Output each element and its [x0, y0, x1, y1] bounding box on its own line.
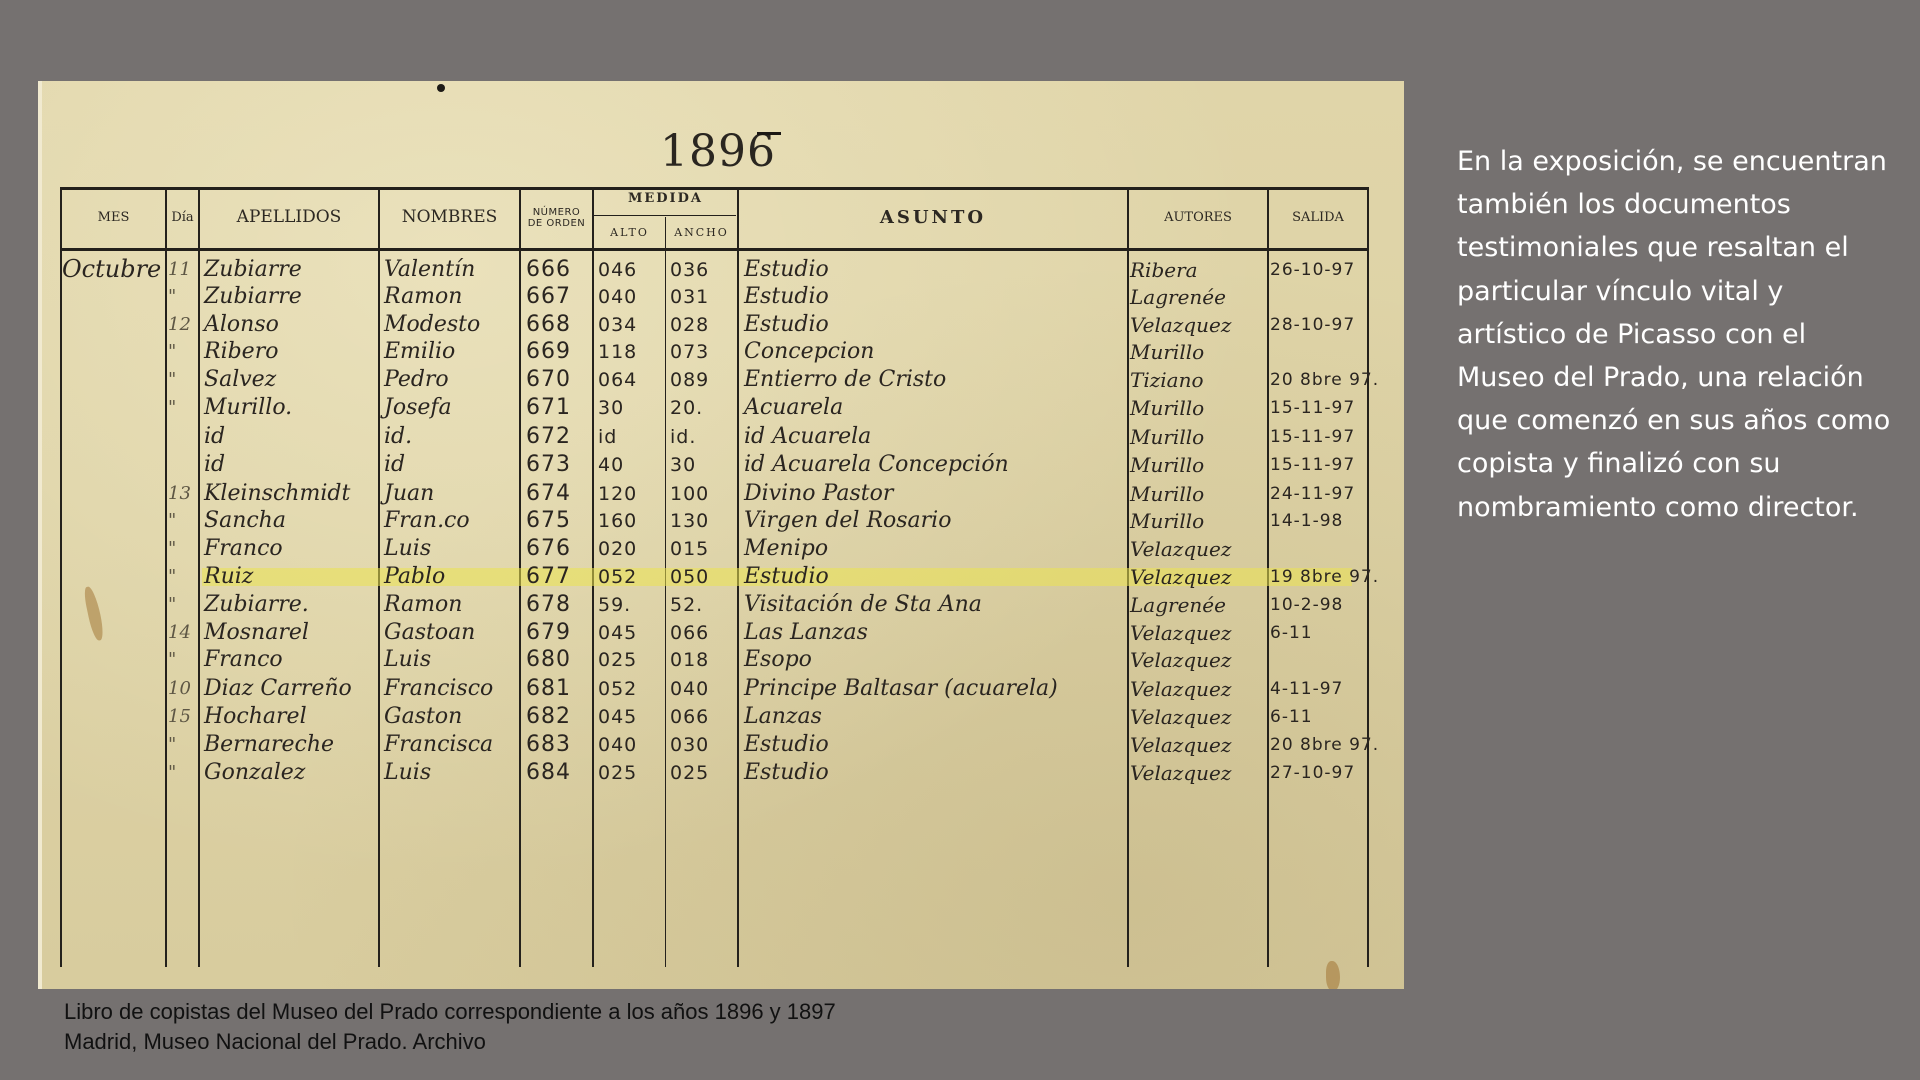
cell-numero: 683: [526, 730, 590, 760]
cell-asunto: Las Lanzas: [744, 618, 1124, 648]
cell-ancho: 015: [670, 534, 736, 564]
cell-alto: 025: [598, 645, 664, 675]
cell-nombres: Josefa: [384, 393, 518, 423]
cell-nombres: Luis: [384, 645, 518, 675]
cell-ancho: 100: [670, 479, 736, 509]
cell-ancho: 20.: [670, 393, 736, 423]
cell-dia: ": [168, 506, 198, 536]
cell-salida: 10-2-98: [1270, 590, 1370, 620]
cell-asunto: Visitación de Sta Ana: [744, 590, 1124, 620]
cell-dia: ": [168, 337, 198, 367]
cell-alto: 052: [598, 562, 664, 592]
cell-salida: [1270, 282, 1370, 312]
cell-nombres: id: [384, 450, 518, 480]
cell-salida: 27-10-97: [1270, 758, 1370, 788]
cell-ancho: 040: [670, 674, 736, 704]
image-caption: Libro de copistas del Museo del Prado co…: [64, 997, 836, 1057]
header-autores: AUTORES: [1129, 187, 1267, 249]
ledger-scan-image: 1896 MES Día APELLIDOS NOMBRES NÚMERO DE…: [38, 81, 1404, 989]
cell-nombres: Ramon: [384, 282, 518, 312]
exhibition-description: En la exposición, se encuentran también …: [1457, 140, 1897, 529]
header-salida: SALIDA: [1269, 187, 1367, 249]
cell-autores: Murillo: [1130, 450, 1266, 480]
cell-autores: Tiziano: [1130, 365, 1266, 395]
cell-dia: ": [168, 590, 198, 620]
cell-nombres: Modesto: [384, 310, 518, 340]
cell-alto: 034: [598, 310, 664, 340]
cell-nombres: Emilio: [384, 337, 518, 367]
cell-dia: ": [168, 562, 198, 592]
cell-nombres: Luis: [384, 758, 518, 788]
cell-dia: ": [168, 730, 198, 760]
cell-salida: 24-11-97: [1270, 479, 1370, 509]
cell-apellidos: Alonso: [204, 310, 376, 340]
cell-ancho: 050: [670, 562, 736, 592]
cell-asunto: Entierro de Cristo: [744, 365, 1124, 395]
cell-numero: 682: [526, 702, 590, 732]
cell-dia: ": [168, 393, 198, 423]
cell-numero: 681: [526, 674, 590, 704]
cell-autores: Velazquez: [1130, 618, 1266, 648]
cell-salida: 20 8bre 97.: [1270, 730, 1370, 760]
table-row: idid6734030id Acuarela ConcepciónMurillo…: [60, 450, 1369, 480]
cell-salida: [1270, 645, 1370, 675]
cell-apellidos: Mosnarel: [204, 618, 376, 648]
cell-autores: Murillo: [1130, 479, 1266, 509]
cell-alto: 118: [598, 337, 664, 367]
header-numero-de-orden: NÚMERO DE ORDEN: [521, 187, 592, 249]
cell-nombres: Francisca: [384, 730, 518, 760]
cell-dia: 13: [168, 479, 198, 509]
cell-autores: Velazquez: [1130, 562, 1266, 592]
cell-apellidos: Diaz Carreño: [204, 674, 376, 704]
caption-line-1: Libro de copistas del Museo del Prado co…: [64, 997, 836, 1027]
cell-numero: 673: [526, 450, 590, 480]
year-correction-mark: [757, 132, 781, 135]
cell-apellidos: id: [204, 422, 376, 452]
cell-nombres: Pedro: [384, 365, 518, 395]
cell-asunto: Estudio: [744, 310, 1124, 340]
cell-autores: Velazquez: [1130, 310, 1266, 340]
table-row: 13KleinschmidtJuan674120100Divino Pastor…: [60, 479, 1369, 509]
cell-salida: 20 8bre 97.: [1270, 365, 1370, 395]
table-row: "Murillo.Josefa6713020.AcuarelaMurillo15…: [60, 393, 1369, 423]
cell-apellidos: Kleinschmidt: [204, 479, 376, 509]
cell-autores: Velazquez: [1130, 730, 1266, 760]
cell-autores: Velazquez: [1130, 534, 1266, 564]
cell-numero: 684: [526, 758, 590, 788]
ledger-table: MES Día APELLIDOS NOMBRES NÚMERO DE ORDE…: [60, 187, 1369, 967]
cell-nombres: Juan: [384, 479, 518, 509]
cell-ancho: 031: [670, 282, 736, 312]
cell-asunto: Divino Pastor: [744, 479, 1124, 509]
cell-alto: 040: [598, 282, 664, 312]
cell-apellidos: Murillo.: [204, 393, 376, 423]
table-row: "RiberoEmilio669118073ConcepcionMurillo: [60, 337, 1369, 367]
cell-alto: 30: [598, 393, 664, 423]
cell-apellidos: Salvez: [204, 365, 376, 395]
cell-salida: [1270, 337, 1370, 367]
cell-autores: Ribera: [1130, 255, 1266, 285]
table-row: 14MosnarelGastoan679045066Las LanzasVela…: [60, 618, 1369, 648]
cell-apellidos: Sancha: [204, 506, 376, 536]
cell-salida: 26-10-97: [1270, 255, 1370, 285]
header-asunto: ASUNTO: [739, 187, 1127, 249]
cell-nombres: id.: [384, 422, 518, 452]
cell-numero: 666: [526, 255, 590, 285]
cell-asunto: Estudio: [744, 758, 1124, 788]
cell-salida: 15-11-97: [1270, 450, 1370, 480]
cell-numero: 676: [526, 534, 590, 564]
cell-asunto: Estudio: [744, 282, 1124, 312]
cell-dia: ": [168, 534, 198, 564]
cell-dia: [168, 450, 198, 480]
cell-dia: 15: [168, 702, 198, 732]
cell-alto: 064: [598, 365, 664, 395]
cell-numero: 678: [526, 590, 590, 620]
cell-asunto: Concepcion: [744, 337, 1124, 367]
cell-alto: 046: [598, 255, 664, 285]
cell-numero: 668: [526, 310, 590, 340]
cell-apellidos: Ribero: [204, 337, 376, 367]
cell-ancho: 066: [670, 702, 736, 732]
cell-dia: ": [168, 365, 198, 395]
cell-nombres: Valentín: [384, 255, 518, 285]
ink-speck: [437, 84, 445, 92]
cell-numero: 672: [526, 422, 590, 452]
cell-apellidos: Zubiarre.: [204, 590, 376, 620]
cell-apellidos: Gonzalez: [204, 758, 376, 788]
cell-alto: 40: [598, 450, 664, 480]
cell-salida: 14-1-98: [1270, 506, 1370, 536]
cell-numero: 671: [526, 393, 590, 423]
cell-alto: 045: [598, 618, 664, 648]
cell-alto: 040: [598, 730, 664, 760]
header-nombres: NOMBRES: [380, 187, 519, 249]
cell-numero: 667: [526, 282, 590, 312]
cell-salida: 15-11-97: [1270, 422, 1370, 452]
cell-numero: 670: [526, 365, 590, 395]
cell-apellidos: Hocharel: [204, 702, 376, 732]
cell-dia: ": [168, 282, 198, 312]
cell-asunto: Estudio: [744, 562, 1124, 592]
cell-apellidos: Zubiarre: [204, 282, 376, 312]
cell-nombres: Luis: [384, 534, 518, 564]
table-row-highlighted: "RuizPablo677052050EstudioVelazquez19 8b…: [60, 562, 1369, 592]
cell-asunto: Lanzas: [744, 702, 1124, 732]
cell-asunto: Esopo: [744, 645, 1124, 675]
cell-apellidos: Bernareche: [204, 730, 376, 760]
cell-ancho: 018: [670, 645, 736, 675]
table-row: 12AlonsoModesto668034028EstudioVelazquez…: [60, 310, 1369, 340]
table-row: "FrancoLuis680025018EsopoVelazquez: [60, 645, 1369, 675]
cell-salida: 6-11: [1270, 702, 1370, 732]
cell-ancho: 030: [670, 730, 736, 760]
table-row: "SalvezPedro670064089Entierro de CristoT…: [60, 365, 1369, 395]
cell-salida: 6-11: [1270, 618, 1370, 648]
cell-autores: Velazquez: [1130, 645, 1266, 675]
cell-ancho: 073: [670, 337, 736, 367]
cell-asunto: Principe Baltasar (acuarela): [744, 674, 1124, 704]
header-ancho: ANCHO: [666, 217, 737, 247]
cell-ancho: 130: [670, 506, 736, 536]
cell-autores: Velazquez: [1130, 702, 1266, 732]
table-row: idid.672idid.id AcuarelaMurillo15-11-97: [60, 422, 1369, 452]
header-mes: MES: [62, 187, 165, 249]
table-row: "Zubiarre.Ramon67859.52.Visitación de St…: [60, 590, 1369, 620]
header-apellidos: APELLIDOS: [200, 187, 378, 249]
cell-salida: 15-11-97: [1270, 393, 1370, 423]
cell-asunto: Menipo: [744, 534, 1124, 564]
cell-alto: 025: [598, 758, 664, 788]
table-row: "FrancoLuis676020015MenipoVelazquez: [60, 534, 1369, 564]
cell-apellidos: id: [204, 450, 376, 480]
cell-nombres: Gastoan: [384, 618, 518, 648]
cell-alto: 59.: [598, 590, 664, 620]
cell-asunto: id Acuarela: [744, 422, 1124, 452]
cell-apellidos: Zubiarre: [204, 255, 376, 285]
table-row: "BernarecheFrancisca683040030EstudioVela…: [60, 730, 1369, 760]
cell-autores: Velazquez: [1130, 758, 1266, 788]
header-alto: ALTO: [594, 217, 665, 247]
cell-salida: 19 8bre 97.: [1270, 562, 1370, 592]
table-row: 15HocharelGaston682045066LanzasVelazquez…: [60, 702, 1369, 732]
cell-dia: 11: [168, 255, 198, 285]
cell-numero: 677: [526, 562, 590, 592]
cell-alto: 160: [598, 506, 664, 536]
cell-dia: ": [168, 645, 198, 675]
cell-apellidos: Franco: [204, 645, 376, 675]
cell-numero: 674: [526, 479, 590, 509]
cell-asunto: Acuarela: [744, 393, 1124, 423]
cell-alto: 020: [598, 534, 664, 564]
cell-autores: Murillo: [1130, 506, 1266, 536]
cell-ancho: 30: [670, 450, 736, 480]
cell-nombres: Ramon: [384, 590, 518, 620]
cell-autores: Lagrenée: [1130, 282, 1266, 312]
cell-alto: 052: [598, 674, 664, 704]
cell-ancho: 066: [670, 618, 736, 648]
header-dia: Día: [167, 187, 198, 249]
cell-salida: 4-11-97: [1270, 674, 1370, 704]
cell-ancho: 036: [670, 255, 736, 285]
cell-asunto: Estudio: [744, 255, 1124, 285]
table-row: 10Diaz CarreñoFrancisco681052040Principe…: [60, 674, 1369, 704]
cell-ancho: 025: [670, 758, 736, 788]
caption-line-2: Madrid, Museo Nacional del Prado. Archiv…: [64, 1027, 836, 1057]
table-row: "ZubiarreRamon667040031EstudioLagrenée: [60, 282, 1369, 312]
cell-ancho: 028: [670, 310, 736, 340]
header-medida: MEDIDA: [594, 191, 737, 206]
cell-autores: Murillo: [1130, 337, 1266, 367]
cell-alto: 120: [598, 479, 664, 509]
cell-ancho: 52.: [670, 590, 736, 620]
cell-numero: 675: [526, 506, 590, 536]
cell-autores: Murillo: [1130, 393, 1266, 423]
cell-nombres: Pablo: [384, 562, 518, 592]
cell-autores: Velazquez: [1130, 674, 1266, 704]
cell-autores: Murillo: [1130, 422, 1266, 452]
cell-alto: 045: [598, 702, 664, 732]
cell-numero: 680: [526, 645, 590, 675]
cell-autores: Lagrenée: [1130, 590, 1266, 620]
cell-nombres: Fran.co: [384, 506, 518, 536]
cell-dia: ": [168, 758, 198, 788]
medida-rule: [594, 215, 736, 216]
cell-dia: 12: [168, 310, 198, 340]
cell-ancho: 089: [670, 365, 736, 395]
cell-nombres: Francisco: [384, 674, 518, 704]
cell-ancho: id.: [670, 422, 736, 452]
cell-salida: [1270, 534, 1370, 564]
cell-numero: 669: [526, 337, 590, 367]
table-row: 11ZubiarreValentín666046036EstudioRibera…: [60, 255, 1369, 285]
cell-asunto: Virgen del Rosario: [744, 506, 1124, 536]
cell-dia: 14: [168, 618, 198, 648]
cell-asunto: id Acuarela Concepción: [744, 450, 1124, 480]
cell-apellidos: Franco: [204, 534, 376, 564]
cell-apellidos: Ruiz: [204, 562, 376, 592]
cell-alto: id: [598, 422, 664, 452]
cell-asunto: Estudio: [744, 730, 1124, 760]
cell-dia: 10: [168, 674, 198, 704]
cell-salida: 28-10-97: [1270, 310, 1370, 340]
table-row: "GonzalezLuis684025025EstudioVelazquez27…: [60, 758, 1369, 788]
ledger-year: 1896: [660, 126, 776, 177]
cell-numero: 679: [526, 618, 590, 648]
table-row: "SanchaFran.co675160130Virgen del Rosari…: [60, 506, 1369, 536]
cell-nombres: Gaston: [384, 702, 518, 732]
cell-dia: [168, 422, 198, 452]
